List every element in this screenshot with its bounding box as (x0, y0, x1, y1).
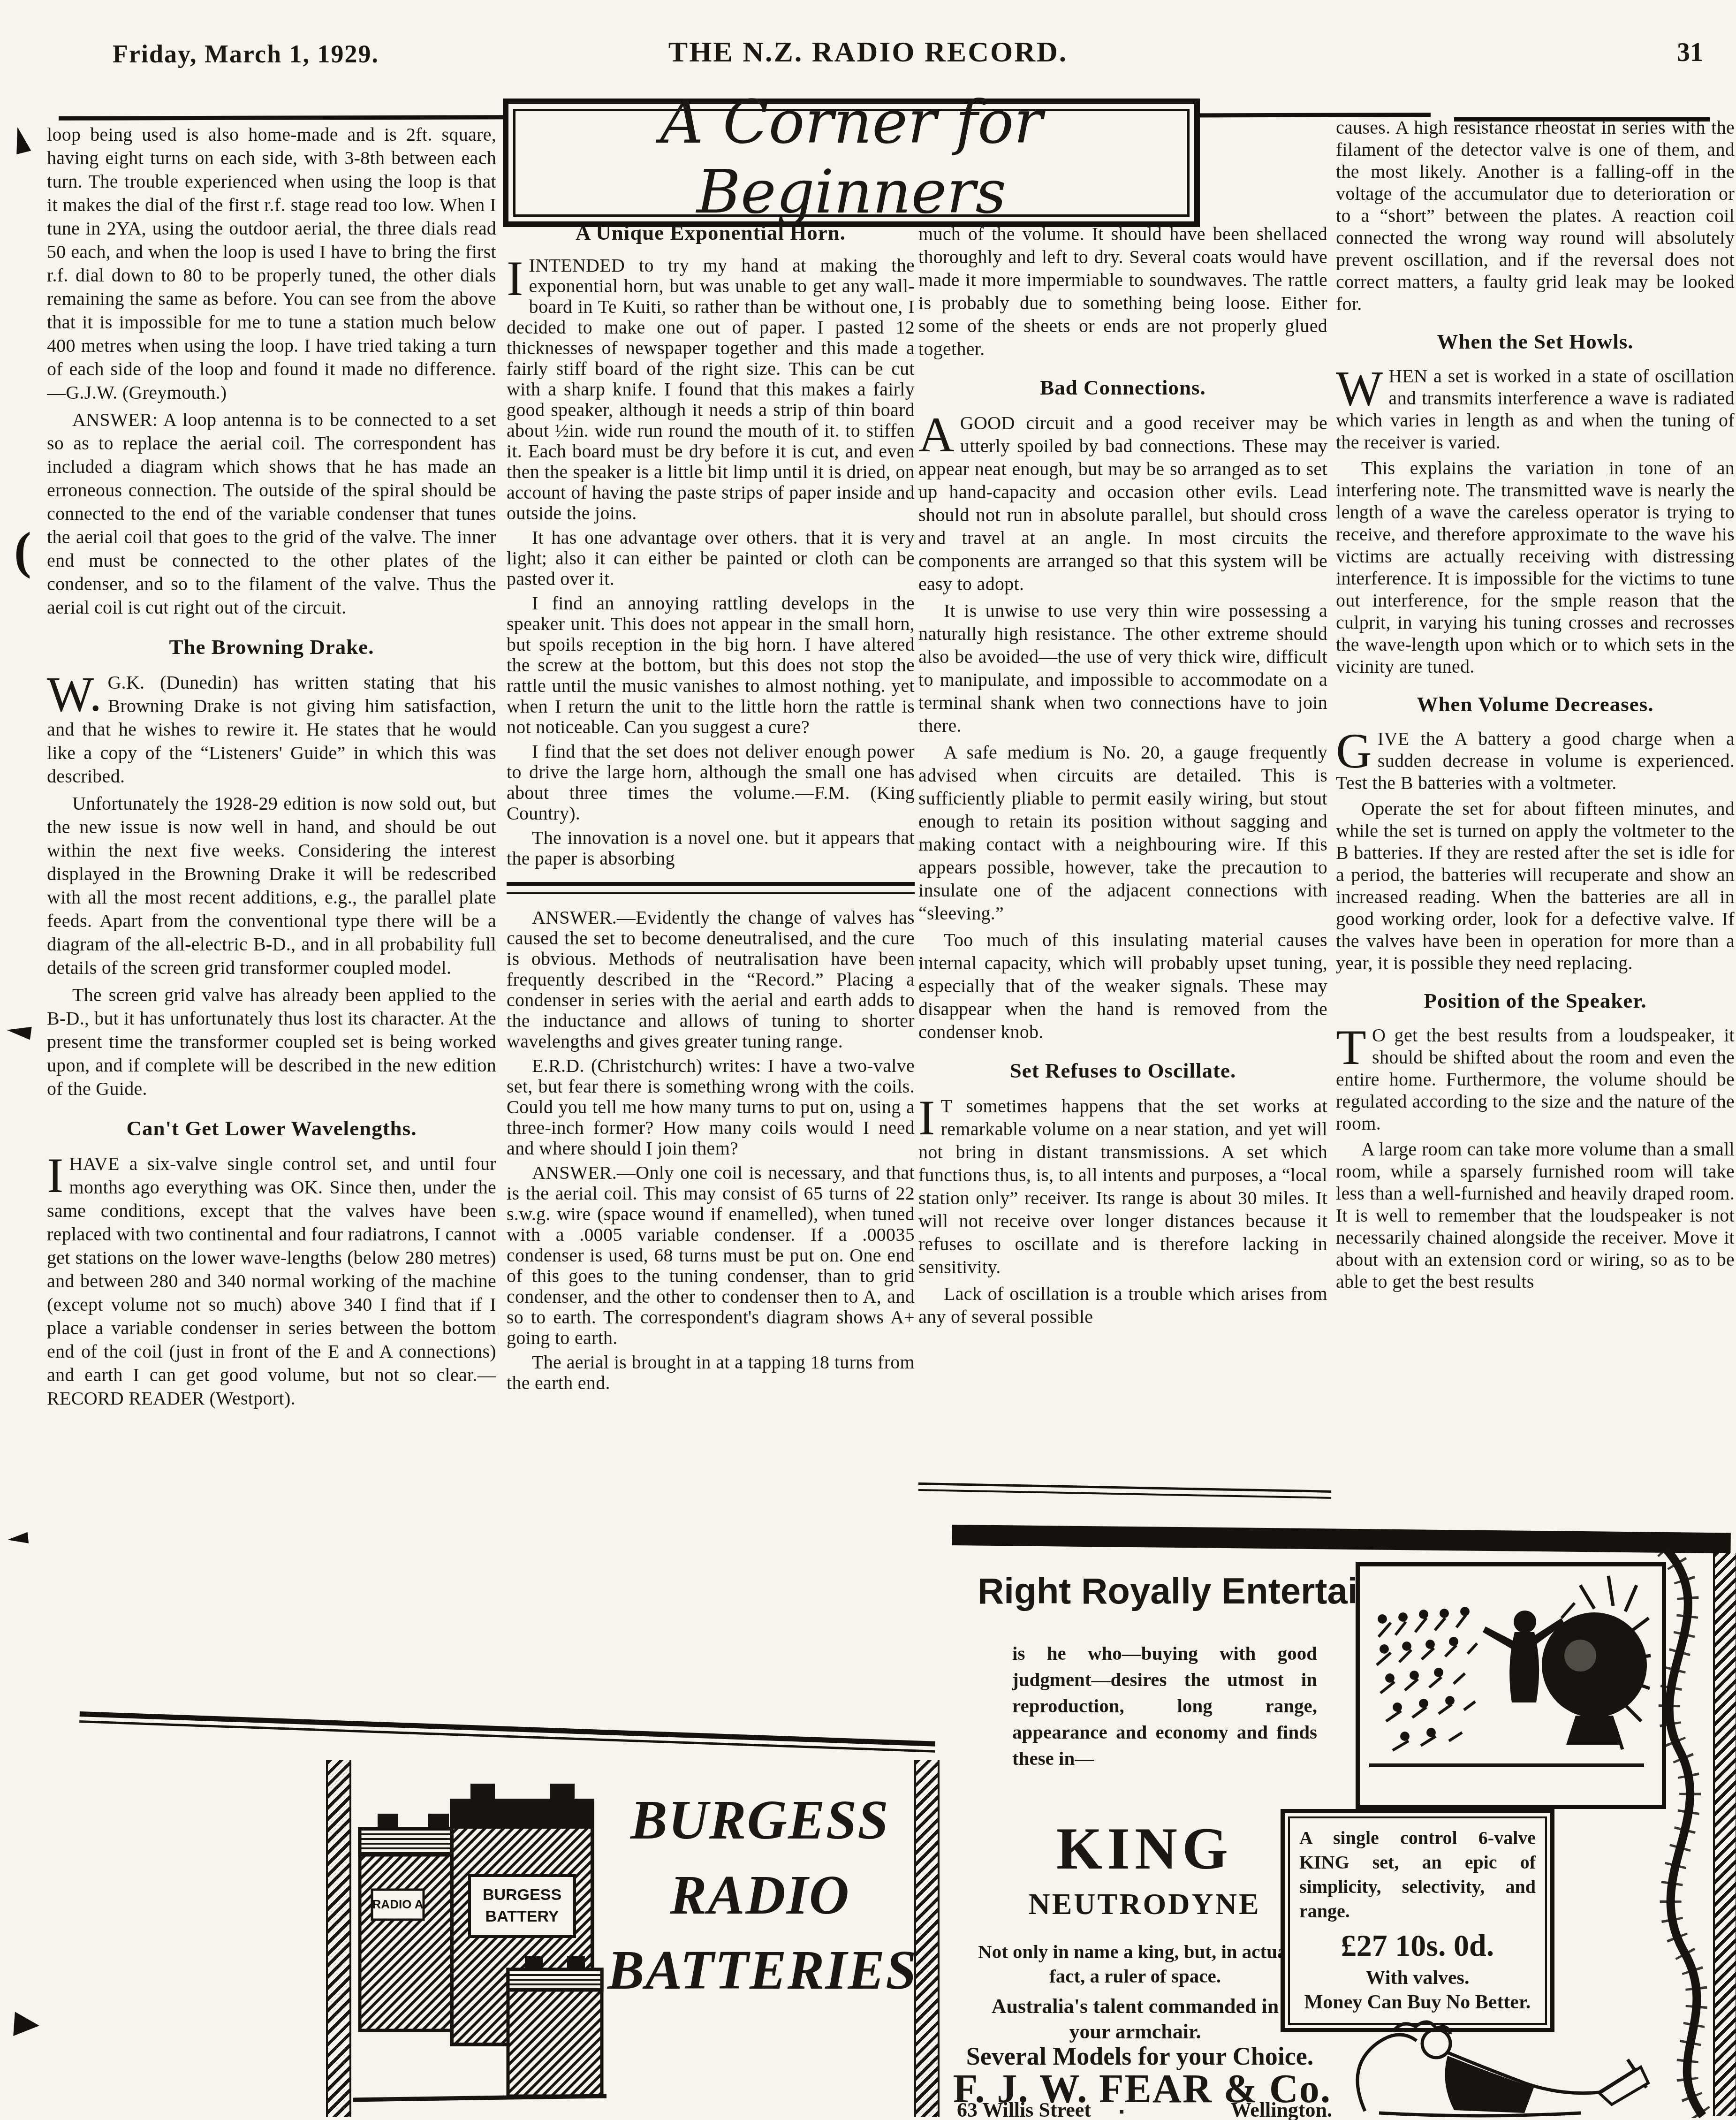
armchair-listener-illustration (1337, 2013, 1665, 2118)
paragraph: A safe medium is No. 20, a gauge frequen… (918, 741, 1327, 925)
drop-cap: W. (47, 674, 102, 715)
svg-text:BURGESS: BURGESS (483, 1886, 561, 1904)
ink-mark: ( (14, 521, 31, 580)
paragraph: IHAVE a six-valve single control set, an… (47, 1152, 496, 1410)
paragraph: I find an annoying rattling develops in … (507, 593, 915, 737)
corner-for-beginners-box: A Corner for Beginners (503, 99, 1200, 227)
price-note-2: Money Can Buy No Better. (1299, 1991, 1536, 2014)
page-number: 31 (1677, 38, 1703, 68)
paragraph: The innovation is a novel one. but it ap… (507, 828, 915, 869)
heading-cant-get-lower-wavelengths: Can't Get Lower Wavelengths. (47, 1117, 496, 1140)
king-brand: KING (990, 1816, 1299, 1883)
paragraph: TO get the best results from a loudspeak… (1336, 1024, 1735, 1134)
paragraph: AGOOD circuit and a good receiver may be… (918, 411, 1327, 595)
paragraph: This explains the variation in tone of a… (1336, 457, 1735, 677)
drop-cap: I (507, 258, 523, 299)
drop-cap: I (918, 1097, 935, 1139)
section-title: A Corner for Beginners (508, 87, 1194, 227)
paragraph: ANSWER.—Evidently the change of valves h… (507, 907, 915, 1052)
paragraph: ANSWER.—Only one coil is necessary, and … (507, 1163, 915, 1348)
column-3: much of the volume. It should have been … (918, 222, 1327, 1485)
king-neutrodyne-ad: Right Royally Entertained is he who—buyi… (952, 1525, 1735, 2120)
dealer-address: 63 Willis Street▪Wellington. (957, 2098, 1332, 2120)
price: £27 10s. 0d. (1299, 1928, 1536, 1964)
king-tagline-1: Not only in name a king, but, in actual … (971, 1939, 1299, 1988)
price-box-copy: A single control 6-valve KING set, an ep… (1299, 1826, 1536, 1923)
ad-top-bar (952, 1525, 1731, 1553)
paragraph: IINTENDED to try my hand at making the e… (507, 255, 915, 524)
masthead: THE N.Z. RADIO RECORD. (0, 36, 1736, 69)
paragraph: I find that the set does not deliver eno… (507, 741, 915, 824)
newspaper-page: Friday, March 1, 1929. THE N.Z. RADIO RE… (0, 0, 1736, 2120)
burgess-line2: RADIO (607, 1858, 912, 1933)
drop-cap: W (1336, 368, 1383, 409)
drop-cap: G (1336, 730, 1372, 772)
burgess-batteries-ad: RADIO A BURGESS BATTERY BURGESS RADIO (326, 1760, 936, 2118)
burgess-line1: BURGESS (607, 1783, 912, 1858)
address-separator-icon: ▪ (1091, 2104, 1152, 2120)
address-city: Wellington. (1231, 2098, 1332, 2120)
ink-mark (10, 125, 31, 154)
paragraph: It is unwise to use very thin wire posse… (918, 599, 1327, 737)
king-tagline-2: Australia's talent commanded in your arm… (971, 1994, 1299, 2044)
paragraph: E.R.D. (Christchurch) writes: I have a t… (507, 1056, 915, 1159)
price-box: A single control 6-valve KING set, an ep… (1281, 1809, 1554, 2032)
drop-cap: A (918, 414, 955, 456)
address-street: 63 Willis Street (957, 2098, 1091, 2120)
paragraph: causes. A high resistance rheostat in se… (1336, 116, 1735, 315)
paragraph: IT sometimes happens that the set works … (918, 1094, 1327, 1278)
king-ad-intro: is he who—buying with good judgment—desi… (1012, 1640, 1317, 1771)
price-note-1: With valves. (1299, 1967, 1536, 1989)
ink-mark (7, 1532, 29, 1545)
heading-unique-exponential-horn: A Unique Exponential Horn. (507, 222, 915, 243)
ad-hatch-border-left (326, 1760, 351, 2117)
column-4: causes. A high resistance rheostat in se… (1336, 116, 1735, 1544)
paragraph: WHEN a set is worked in a state of oscil… (1336, 365, 1735, 453)
heading-set-refuses-to-oscillate: Set Refuses to Oscillate. (918, 1059, 1327, 1082)
paragraph: Too much of this insulating material cau… (918, 928, 1327, 1043)
ad-hatch-border-far-right (1713, 1553, 1736, 2116)
paragraph: Lack of oscillation is a trouble which a… (918, 1282, 1327, 1328)
svg-text:BATTERY: BATTERY (485, 1907, 559, 1925)
heading-when-volume-decreases: When Volume Decreases. (1336, 693, 1735, 715)
orchestra-loudspeaker-illustration (1356, 1562, 1666, 1809)
column-divider-rule (507, 882, 915, 894)
heading-browning-drake: The Browning Drake. (47, 635, 496, 659)
paragraph: W.G.K. (Dunedin) has written stating tha… (47, 671, 496, 788)
paragraph: ANSWER: A loop antenna is to be connecte… (47, 408, 496, 619)
heading-when-the-set-howls: When the Set Howls. (1336, 331, 1735, 353)
paragraph: The aerial is brought in at a tapping 18… (507, 1352, 915, 1393)
battery-illustration: RADIO A BURGESS BATTERY (353, 1772, 606, 2106)
column-1: loop being used is also home-made and is… (47, 123, 496, 1709)
ad-hatch-border-right (914, 1760, 940, 2117)
paragraph: Operate the set for about fifteen minute… (1336, 798, 1735, 974)
ink-mark (13, 2012, 40, 2038)
heading-position-of-the-speaker: Position of the Speaker. (1336, 990, 1735, 1012)
drop-cap: T (1336, 1027, 1366, 1068)
svg-text:RADIO A: RADIO A (372, 1897, 424, 1911)
paragraph: A large room can take more volume than a… (1336, 1138, 1735, 1292)
paragraph: loop being used is also home-made and is… (47, 123, 496, 404)
burgess-ad-text: BURGESS RADIO BATTERIES (607, 1783, 912, 2008)
ink-mark (6, 1024, 31, 1040)
paragraph: much of the volume. It should have been … (918, 222, 1327, 360)
king-model: NEUTRODYNE (990, 1887, 1299, 1922)
column-2: A Unique Exponential Horn. IINTENDED to … (507, 222, 915, 1757)
paragraph: It has one advantage over others. that i… (507, 527, 915, 589)
heading-bad-connections: Bad Connections. (918, 376, 1327, 399)
burgess-line3: BATTERIES (607, 1933, 912, 2008)
paragraph: Unfortunately the 1928-29 edition is now… (47, 792, 496, 980)
drop-cap: I (47, 1155, 64, 1196)
paragraph: GIVE the A battery a good charge when a … (1336, 728, 1735, 794)
paragraph: The screen grid valve has already been a… (47, 983, 496, 1101)
